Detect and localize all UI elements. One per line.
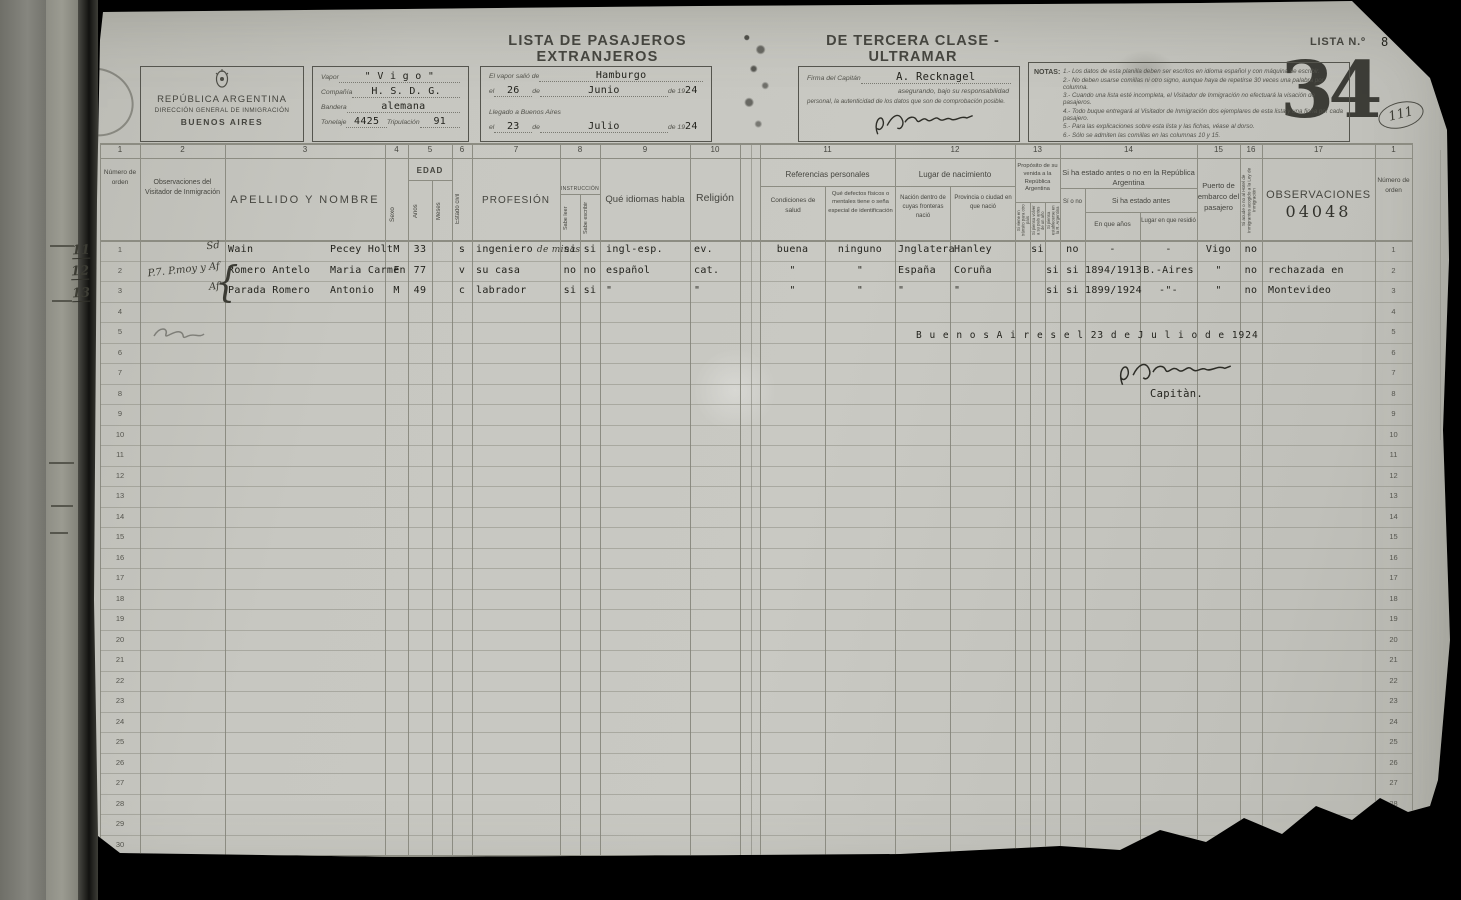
column-number: 7	[472, 145, 560, 158]
row-line	[100, 466, 1412, 467]
page-edge-mark	[52, 300, 72, 302]
table-vline	[225, 143, 226, 855]
cell-observ: Montevideo	[1268, 281, 1374, 302]
cell-n2: 20	[1375, 630, 1412, 651]
book-edge-outer	[0, 0, 46, 900]
footer-signature	[1111, 353, 1238, 391]
col-header-puerto: Puerto de embarco del pasajero	[1197, 181, 1240, 214]
cell-n: 12	[100, 466, 140, 487]
cell-nacion: Jnglatera	[898, 240, 952, 261]
cell-n: 7	[100, 363, 140, 384]
row-line	[100, 650, 1412, 651]
binding-gutter	[78, 0, 98, 900]
cell-n: 17	[100, 568, 140, 589]
col-header-defectos: Qué defectos físicos o mentales tiene o …	[828, 190, 893, 215]
cell-n: 22	[100, 671, 140, 692]
col-header-instruccion: INSTRUCCIÓN	[558, 186, 602, 192]
cell-leer: si	[560, 240, 580, 261]
cell-anios: 1899/1924	[1085, 281, 1140, 302]
row-line	[100, 527, 1412, 528]
cell-sex: M	[385, 281, 408, 302]
cell-hotel: no	[1240, 240, 1262, 261]
cell-anios: 1894/1913	[1085, 261, 1140, 282]
cell-n: 26	[100, 753, 140, 774]
col-header-religion: Religión	[690, 192, 740, 204]
table-vline	[472, 143, 473, 855]
cell-prof: ingenierode minas	[476, 240, 562, 261]
cell-prov: Coruña	[954, 261, 1015, 282]
col-header-ha-estado: Si ha estado antes	[1085, 198, 1197, 205]
row-line	[100, 794, 1412, 795]
row-line	[100, 425, 1412, 426]
cell-rel: cat.	[694, 261, 740, 282]
page-edge-mark	[50, 245, 74, 247]
cell-n2: 11	[1375, 445, 1412, 466]
row-line	[100, 753, 1412, 754]
col-header-prop-establecerse: Si piensa establecerse en la R. Argentin…	[1047, 204, 1058, 237]
cell-hotel: no	[1240, 261, 1262, 282]
cell-surname: Romero Antelo	[228, 261, 328, 282]
cell-idiomas: "	[606, 281, 690, 302]
cell-esc: si	[580, 240, 600, 261]
col-header-lugar-residio: Lugar en que residió	[1140, 217, 1197, 225]
cell-n: 15	[100, 527, 140, 548]
cell-n2: 25	[1375, 732, 1412, 753]
cell-lugar: -	[1140, 240, 1197, 261]
cell-n2: 28	[1375, 794, 1412, 815]
table-vline	[1015, 143, 1016, 855]
page-sheet: LISTA DE PASAJEROS EXTRANJEROS DE TERCER…	[0, 0, 1461, 900]
column-number: 13	[1015, 145, 1060, 158]
column-number: 12	[895, 145, 1015, 158]
table-hline	[100, 855, 1412, 857]
cell-n: 16	[100, 548, 140, 569]
cell-n2: 21	[1375, 650, 1412, 671]
row-line	[100, 322, 1412, 323]
cell-n: 2	[100, 261, 140, 282]
cell-n: 6	[100, 343, 140, 364]
scanned-document: 11 12 13 LISTA DE PASAJEROS EXTRANJEROS …	[0, 0, 1461, 900]
cell-n: 27	[100, 773, 140, 794]
row-line	[100, 609, 1412, 610]
cell-n: 24	[100, 712, 140, 733]
col-header-nacimiento: Lugar de nacimiento	[895, 170, 1015, 179]
col-header-idiomas: Qué idiomas habla	[600, 194, 690, 205]
cell-n: 21	[100, 650, 140, 671]
col-header-nacion: Nación dentro de cuyas fronteras nació	[898, 194, 948, 221]
cell-prof: su casa	[476, 261, 562, 282]
cell-n: 8	[100, 384, 140, 405]
cell-n2: 2	[1375, 261, 1412, 282]
row-line	[100, 548, 1412, 549]
cell-surname: Wain	[228, 240, 328, 261]
cell-p3: si	[1045, 261, 1060, 282]
row-line	[100, 732, 1412, 733]
cell-esc: si	[580, 281, 600, 302]
column-number: 14	[1060, 145, 1197, 158]
cell-n: 14	[100, 507, 140, 528]
cell-nacion: "	[898, 281, 952, 302]
table-vline	[690, 143, 691, 855]
cell-n: 19	[100, 609, 140, 630]
page-edge-mark	[50, 532, 68, 534]
cell-n2: 1	[1375, 240, 1412, 261]
margin-handwritten-number: 11	[72, 243, 91, 260]
col-header-sabe-escribir: Sabe escribir	[583, 198, 597, 238]
margin-handwritten-number: 13	[72, 286, 91, 303]
footer-place-date: B u e n o s A i r e s e l 23 d e J u l i…	[916, 330, 1259, 341]
cell-civil: s	[452, 240, 472, 261]
column-number: 10	[690, 145, 740, 158]
column-number: 5	[408, 145, 452, 158]
column-number: 8	[560, 145, 600, 158]
cell-n2: 29	[1375, 814, 1412, 835]
col-header-salud: Condiciones de salud	[763, 196, 823, 216]
row-line	[100, 630, 1412, 631]
table-vline-sub	[1140, 212, 1141, 855]
cell-n2: 7	[1375, 363, 1412, 384]
cell-sino: si	[1060, 281, 1085, 302]
margin-handwritten-number: 12	[71, 264, 90, 281]
cell-idiomas: ingl-esp.	[606, 240, 690, 261]
col-header-numero-orden2: Número de orden	[1375, 176, 1412, 196]
column-number: 1	[100, 145, 140, 158]
cell-n2: 30	[1375, 835, 1412, 856]
cell-p3: si	[1045, 281, 1060, 302]
table-vline-sub	[1030, 202, 1031, 855]
table-vline	[895, 143, 896, 855]
cell-n2: 16	[1375, 548, 1412, 569]
cell-nacion: España	[898, 261, 952, 282]
cell-n2: 23	[1375, 691, 1412, 712]
cell-n2: 27	[1375, 773, 1412, 794]
table-vline	[1412, 143, 1413, 855]
row-line	[100, 773, 1412, 774]
table-vline-edge	[1440, 150, 1441, 440]
cell-puerto: Vigo	[1197, 240, 1240, 261]
brace-mark: {	[215, 257, 239, 306]
cell-civil: c	[452, 281, 472, 302]
cell-rel: ev.	[694, 240, 740, 261]
cell-n: 9	[100, 404, 140, 425]
cell-sex: F	[385, 261, 408, 282]
cell-n2: 14	[1375, 507, 1412, 528]
col-header-estado-civil: Estado civil	[455, 182, 469, 236]
cell-sex: M	[385, 240, 408, 261]
col-header-prop-transito: Si viene en tránsito para otro país	[1017, 204, 1028, 237]
table-hline	[560, 194, 600, 195]
cell-n2: 12	[1375, 466, 1412, 487]
cell-salud: "	[760, 261, 825, 282]
table-hline	[408, 180, 452, 181]
cell-observ: rechazada en	[1268, 261, 1374, 282]
footer-capitan-label: Capitàn.	[1150, 388, 1203, 400]
col-header-estado-antes: Si ha estado antes o no en la República …	[1062, 168, 1195, 188]
cell-esc: no	[580, 261, 600, 282]
stacked-pages-edge	[46, 0, 78, 900]
cell-puerto: "	[1197, 261, 1240, 282]
cell-n: 23	[100, 691, 140, 712]
cell-prof: labrador	[476, 281, 562, 302]
cell-n2: 6	[1375, 343, 1412, 364]
cell-n: 25	[100, 732, 140, 753]
row-line	[100, 671, 1412, 672]
cell-n: 3	[100, 281, 140, 302]
cell-def: "	[825, 281, 895, 302]
row-line	[100, 835, 1412, 836]
row-line	[100, 507, 1412, 508]
cell-n2: 15	[1375, 527, 1412, 548]
cell-leer: si	[560, 281, 580, 302]
col-header-proposito: Propósito de su venida a la República Ar…	[1014, 163, 1061, 194]
cell-n2: 9	[1375, 404, 1412, 425]
cell-rel: "	[694, 281, 740, 302]
table-vline	[600, 143, 601, 855]
row-line	[100, 691, 1412, 692]
cell-salud: buena	[760, 240, 825, 261]
column-number: 3	[225, 145, 385, 158]
page-edge-mark	[49, 462, 74, 464]
col-header-observaciones: OBSERVACIONES	[1262, 189, 1375, 201]
table-hline	[1015, 202, 1060, 203]
observaciones-number-stamp: 04048	[1262, 202, 1375, 221]
col-header-observaciones-visitador: Observaciones del Visitador de Inmigraci…	[141, 178, 224, 198]
cell-n2: 22	[1375, 671, 1412, 692]
column-number: 1	[1375, 145, 1412, 158]
cell-prov: Hanley	[954, 240, 1015, 261]
table-hline	[760, 186, 1015, 187]
cell-idiomas: español	[606, 261, 690, 282]
cell-n2: 13	[1375, 486, 1412, 507]
row-line	[100, 814, 1412, 815]
cell-hotel: no	[1240, 281, 1262, 302]
row-line	[100, 712, 1412, 713]
cell-n: 5	[100, 322, 140, 343]
cell-anios: -	[1085, 240, 1140, 261]
cell-n2: 19	[1375, 609, 1412, 630]
cell-n2: 3	[1375, 281, 1412, 302]
cell-n: 13	[100, 486, 140, 507]
col-header-hotel-inmigrantes: Si acude o no al Hotel de Inmigrantes ac…	[1241, 162, 1261, 238]
col-header-meses: Meses	[436, 186, 449, 236]
cell-lugar: B.-Aires	[1140, 261, 1197, 282]
col-header-profesion: PROFESIÓN	[472, 195, 560, 206]
cell-years: 49	[408, 281, 432, 302]
table-hline	[1060, 188, 1197, 189]
cell-n: 29	[100, 814, 140, 835]
row-line	[100, 445, 1412, 446]
col-header-si-o-no: Sí o no	[1060, 198, 1085, 208]
cell-puerto: "	[1197, 281, 1240, 302]
row-line	[100, 404, 1412, 405]
cell-n2: 17	[1375, 568, 1412, 589]
table-vline	[1262, 143, 1263, 855]
table-vline	[740, 143, 741, 855]
cell-n2: 8	[1375, 384, 1412, 405]
cell-n: 28	[100, 794, 140, 815]
cell-n: 4	[100, 302, 140, 323]
col-header-edad: EDAD	[408, 166, 452, 175]
row-line	[100, 486, 1412, 487]
column-number: 11	[760, 145, 895, 158]
cell-n: 1	[100, 240, 140, 261]
row-line	[100, 302, 1412, 303]
column-number: 9	[600, 145, 690, 158]
column-number: 4	[385, 145, 408, 158]
col-header-referencias: Referencias personales	[760, 170, 895, 179]
col-header-sabe-leer: Sabe leer	[563, 198, 577, 238]
cell-n2: 24	[1375, 712, 1412, 733]
cell-n: 11	[100, 445, 140, 466]
column-number: 15	[1197, 145, 1240, 158]
cell-n2: 5	[1375, 322, 1412, 343]
row-line	[100, 589, 1412, 590]
column-number: 16	[1240, 145, 1262, 158]
row-line	[100, 343, 1412, 344]
col-header-provincia: Provincia o ciudad en que nació	[953, 194, 1013, 212]
cell-salud: "	[760, 281, 825, 302]
cell-n2: 18	[1375, 589, 1412, 610]
column-number: 2	[140, 145, 225, 158]
cell-prov: "	[954, 281, 1015, 302]
cell-p2: si	[1030, 240, 1045, 261]
cell-n2: 4	[1375, 302, 1412, 323]
col-header-prop-volver: Si piensa volver a su país antes de un a…	[1032, 204, 1043, 237]
table-body: 123456789101112131415161711SdWainPecey H…	[0, 0, 1461, 900]
cell-civil: v	[452, 261, 472, 282]
cell-years: 77	[408, 261, 432, 282]
col-header-en-que-anos: En que años	[1085, 221, 1140, 228]
cell-sino: si	[1060, 261, 1085, 282]
column-number: 6	[452, 145, 472, 158]
col-header-numero-orden: Número de orden	[100, 168, 140, 188]
cell-n: 18	[100, 589, 140, 610]
cell-n2: 26	[1375, 753, 1412, 774]
col-header-anos: Años	[413, 186, 426, 236]
cell-surname: Parada Romero	[228, 281, 328, 302]
page-edge-mark	[51, 505, 73, 507]
cell-def: "	[825, 261, 895, 282]
cell-years: 33	[408, 240, 432, 261]
table-hline	[100, 158, 1412, 159]
table-hline	[1085, 212, 1197, 213]
col-header-sexo: Sexo	[389, 193, 403, 237]
cell-def: ninguno	[825, 240, 895, 261]
cell-sino: no	[1060, 240, 1085, 261]
cell-n: 10	[100, 425, 140, 446]
cell-lugar: -"-	[1140, 281, 1197, 302]
cell-n: 30	[100, 835, 140, 856]
cell-n: 20	[100, 630, 140, 651]
cell-n2: 10	[1375, 425, 1412, 446]
column-number: 17	[1262, 145, 1375, 158]
col-header-apellido: APELLIDO Y NOMBRE	[225, 194, 385, 206]
row-line	[100, 568, 1412, 569]
cell-leer: no	[560, 261, 580, 282]
